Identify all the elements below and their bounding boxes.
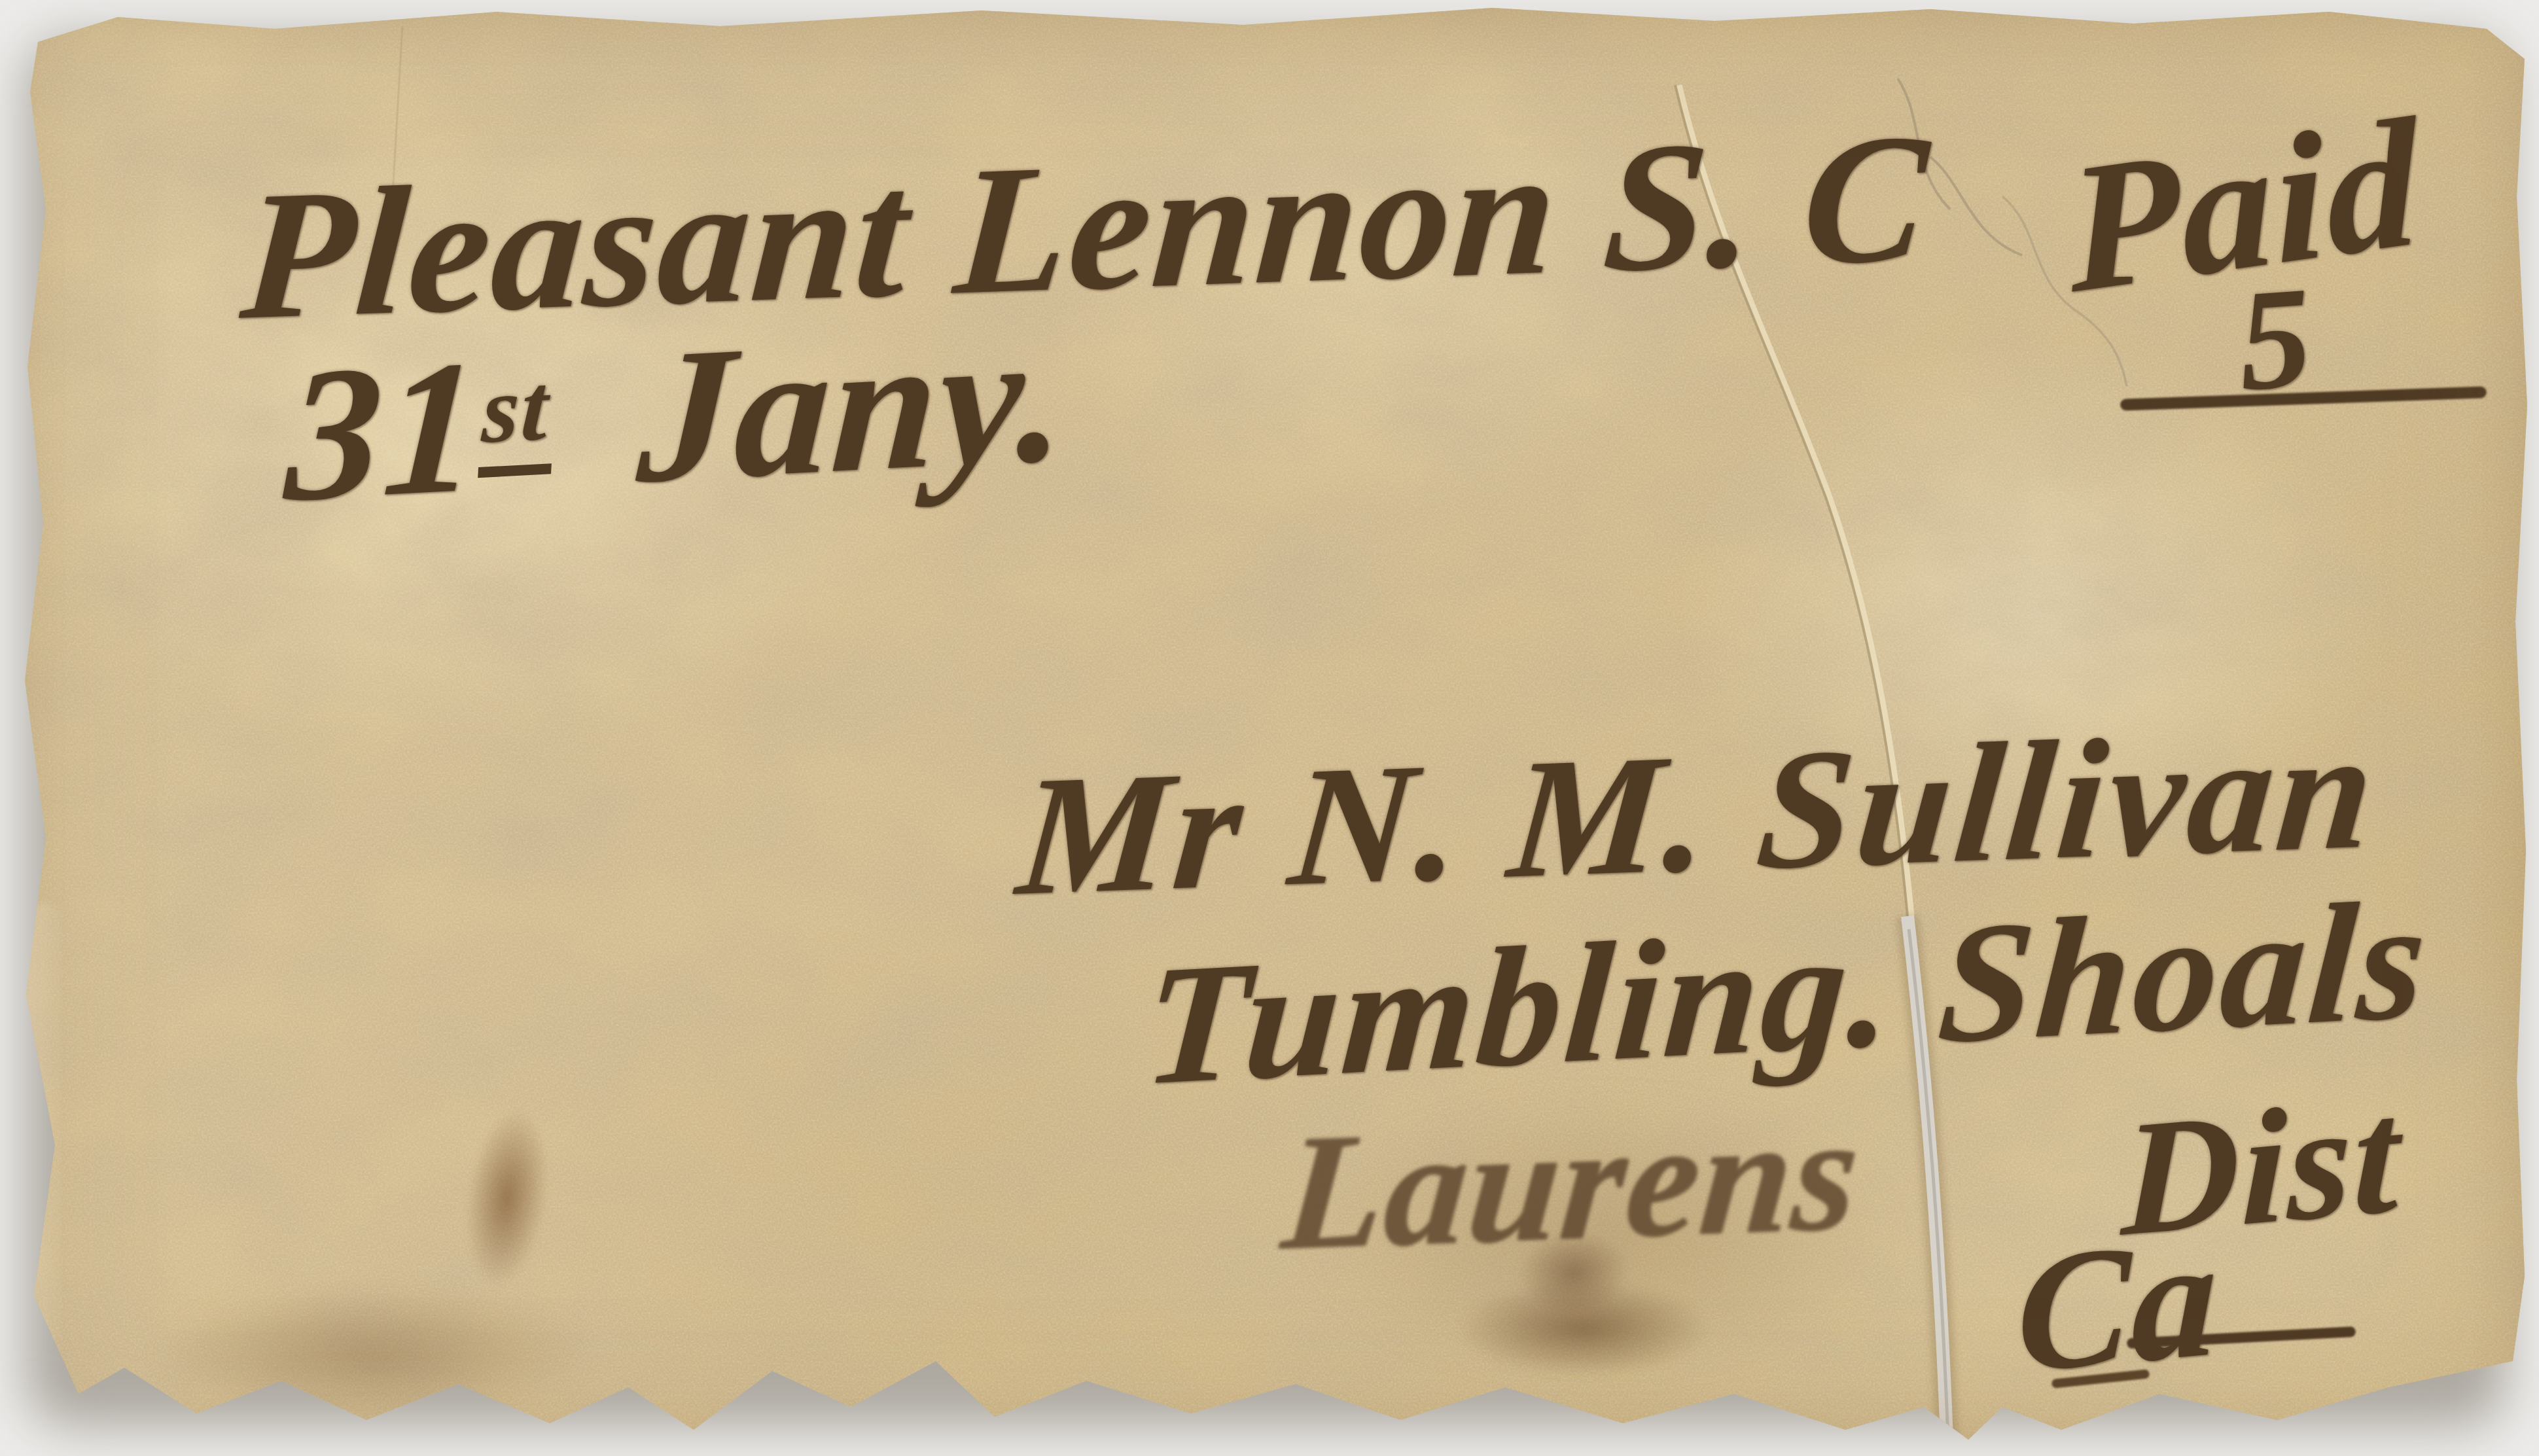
edge-vignette [0,0,2539,1456]
envelope-paper: Pleasant Lennon S. C 31stJany. Paid 5 Mr… [0,0,2539,1456]
envelope-photo: Pleasant Lennon S. C 31stJany. Paid 5 Mr… [0,0,2539,1456]
